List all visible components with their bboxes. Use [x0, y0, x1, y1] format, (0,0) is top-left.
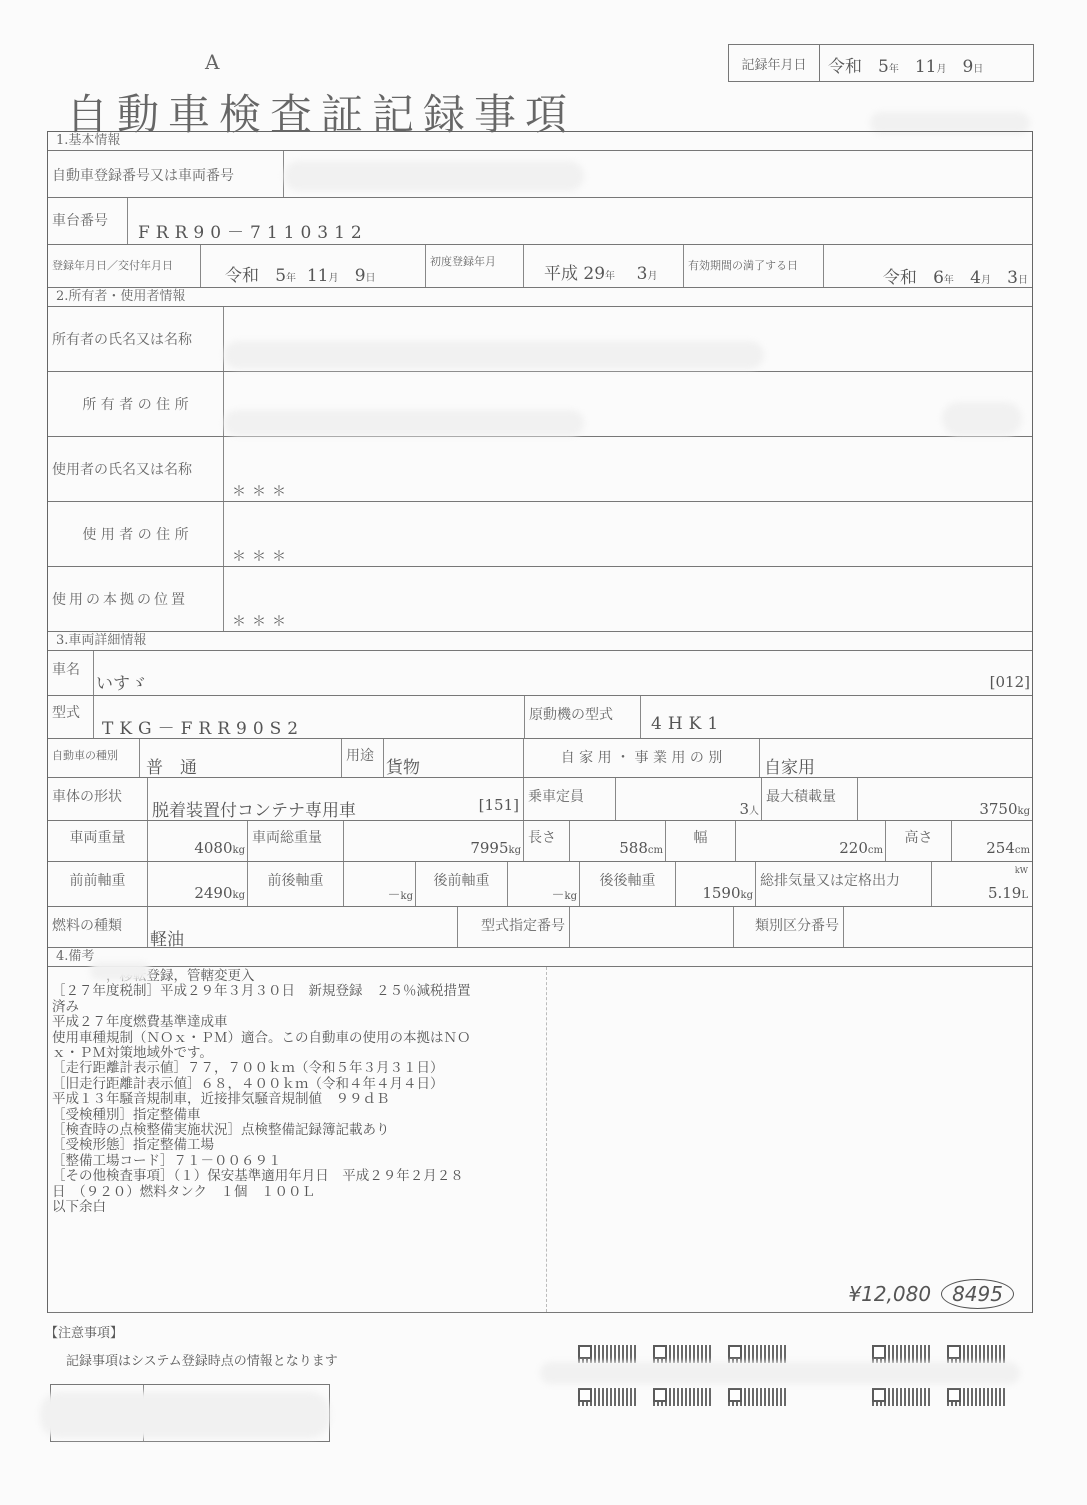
year: 29 [583, 264, 605, 284]
row-owner-address: 所 有 者 の 住 所 [48, 372, 1032, 437]
model-label: 型式 [48, 696, 94, 738]
qr-code-icon [578, 1345, 636, 1363]
unit: 人 [749, 806, 759, 817]
car-name-label: 車名 [48, 651, 94, 695]
length-value: 588 [619, 839, 648, 857]
first-reg-cell: 平成 29年 3月 [524, 245, 684, 287]
unit: cm [1015, 845, 1030, 856]
max-load-value: 3750 [979, 800, 1017, 818]
unit: L [1021, 890, 1028, 901]
vehicle-type-cell: 普 通 [140, 739, 342, 777]
ff-axle-label: 前前軸重 [48, 862, 148, 906]
redaction [224, 410, 584, 436]
user-address-value: ＊＊＊ [232, 546, 292, 566]
vehicle-weight-cell: 4080kg [148, 821, 248, 861]
row-chassis: 車台番号 FRR90－7110312 [48, 198, 1032, 245]
redaction [284, 161, 584, 191]
rr-axle-cell: 1590kg [676, 862, 756, 906]
era: 令和 [883, 268, 917, 288]
model-value: TKG－FRR90S2 [102, 714, 304, 739]
usage-cell: 貨物 [384, 739, 524, 777]
base-location-value: ＊＊＊ [232, 611, 292, 631]
section-owner-heading: 2.所有者・使用者情報 [48, 288, 1032, 307]
section-vehicle-heading: 3.車両詳細情報 [48, 632, 1032, 651]
height-label: 高さ [886, 821, 952, 861]
month: 11 [307, 266, 329, 286]
type-designation-value [570, 907, 734, 947]
width-cell: 220cm [736, 821, 886, 861]
user-address-cell: ＊＊＊ [224, 502, 1032, 566]
fr-axle-label: 前後軸重 [248, 862, 344, 906]
qr-code-icon [872, 1345, 930, 1363]
handwritten-circled-number: 8495 [941, 1279, 1014, 1309]
fuel-label: 燃料の種類 [48, 907, 148, 947]
remarks-line: 以下余白 [52, 1200, 542, 1215]
body-shape-code: [151] [479, 796, 519, 814]
max-load-label: 最大積載量 [762, 778, 858, 820]
width-label: 幅 [666, 821, 736, 861]
user-name-cell: ＊＊＊ [224, 437, 1032, 501]
engine-model-value: 4HK1 [651, 714, 724, 734]
reg-date-cell: 令和 5年 11月 9日 [201, 245, 426, 287]
record-date-value: 令和 5年 11月 9日 [820, 45, 1033, 81]
base-location-label: 使用の本拠の位置 [48, 567, 224, 631]
month: 3 [637, 264, 648, 284]
record-form: 1.基本情報 自動車登録番号又は車両番号 車台番号 FRR90－7110312 … [47, 131, 1033, 1313]
rr-axle-label: 後後軸重 [580, 862, 676, 906]
first-reg-label: 初度登録年月 [426, 245, 524, 287]
remarks-line: ［走行距離計表示値］７７，７００ｋｍ（令和５年３月３１日） [52, 1061, 542, 1076]
section-remarks-heading: 4.備考 [48, 948, 1032, 967]
row-user-address: 使 用 者 の 住 所 ＊＊＊ [48, 502, 1032, 567]
qr-code-icon [653, 1388, 711, 1406]
row-user-name: 使用者の氏名又は名称 ＊＊＊ [48, 437, 1032, 502]
reg-date-label: 登録年月日／交付年月日 [48, 245, 201, 287]
owner-name-label: 所有者の氏名又は名称 [48, 307, 224, 371]
unit: kg [741, 890, 753, 901]
max-load-cell: 3750kg [858, 778, 1032, 820]
unit: 年 [286, 273, 296, 284]
displacement-label: 総排気量又は定格出力 [756, 862, 932, 906]
row-axle-weights: 前前軸重 2490kg 前後軸重 －kg 後前軸重 －kg 後後軸重 1590k… [48, 862, 1032, 907]
fuel-value: 軽油 [150, 925, 184, 950]
chassis-cell: FRR90－7110312 [128, 198, 1032, 244]
car-name-value: いすゞ [96, 669, 147, 694]
usage-value: 貨物 [386, 753, 420, 778]
owner-address-value [224, 372, 1032, 436]
remarks-line: ［受検形態］指定整備工場 [52, 1138, 542, 1153]
remarks-line: 済み [52, 1000, 542, 1015]
redaction [942, 402, 1022, 436]
unit: 月 [648, 271, 658, 282]
rr-axle-value: 1590 [702, 884, 740, 902]
expiry-label: 有効期間の満了する日 [684, 245, 824, 287]
unit: cm [868, 845, 883, 856]
rf-axle-label: 後前軸重 [416, 862, 508, 906]
gross-weight-cell: 7995kg [344, 821, 524, 861]
reg-number-label: 自動車登録番号又は車両番号 [48, 151, 284, 197]
width-value: 220 [839, 839, 868, 857]
engine-model-label: 原動機の型式 [525, 696, 641, 738]
caution-text: 記録事項はシステム登録時点の情報となります [66, 1350, 338, 1369]
capacity-label: 乗車定員 [524, 778, 616, 820]
qr-code-icon [728, 1345, 786, 1363]
unit: kg [401, 891, 413, 902]
height-cell: 254cm [952, 821, 1032, 861]
capacity-value: 3 [739, 800, 749, 818]
year: 5 [275, 266, 286, 286]
section-basic-heading: 1.基本情報 [48, 132, 1032, 151]
base-location-cell: ＊＊＊ [224, 567, 1032, 631]
row-reg-number: 自動車登録番号又は車両番号 [48, 151, 1032, 198]
remarks-area: ，移転登録，管轄変更入［２７年度税制］平成２９年３月３０日 新規登録 ２５％減税… [48, 967, 1032, 1313]
row-car-name: 車名 いすゞ [012] [48, 651, 1032, 696]
unit: kg [565, 891, 577, 902]
private-business-cell: 自家用 [760, 739, 1032, 777]
gross-weight-label: 車両総重量 [248, 821, 344, 861]
height-value: 254 [986, 839, 1015, 857]
row-body-shape: 車体の形状 脱着装置付コンテナ専用車 [151] 乗車定員 3人 最大積載量 3… [48, 778, 1032, 821]
qr-code-icon [872, 1388, 930, 1406]
user-address-label: 使 用 者 の 住 所 [48, 502, 224, 566]
unit: 月 [936, 64, 946, 75]
era: 平成 [544, 264, 578, 284]
caution-heading: 【注意事項】 [45, 1322, 123, 1341]
remarks-line: ［整備工場コード］７１－００６９１ [52, 1154, 542, 1169]
era: 令和 [828, 52, 862, 77]
day: 9 [962, 57, 973, 77]
displacement-cell: kW 5.19L [932, 862, 1032, 906]
redaction [90, 962, 150, 980]
handwritten-price: ¥12,080 [848, 1282, 931, 1306]
unit: kg [233, 845, 245, 856]
car-name-cell: いすゞ [012] [94, 651, 1032, 695]
gross-weight-value: 7995 [470, 839, 508, 857]
redaction [540, 1362, 1020, 1384]
row-weights-dimensions: 車両重量 4080kg 車両総重量 7995kg 長さ 588cm 幅 220c… [48, 821, 1032, 862]
rf-axle-value: － [552, 888, 565, 903]
ff-axle-cell: 2490kg [148, 862, 248, 906]
fr-axle-cell: －kg [344, 862, 416, 906]
expiry-cell: 令和 6年 4月 3日 [824, 245, 1032, 287]
displacement-value: 5.19 [988, 884, 1021, 902]
capacity-cell: 3人 [616, 778, 762, 820]
remarks-line: ［２７年度税制］平成２９年３月３０日 新規登録 ２５％減税措置 [52, 984, 542, 999]
row-dates: 登録年月日／交付年月日 令和 5年 11月 9日 初度登録年月 平成 29年 3… [48, 245, 1032, 288]
qr-code-icon [947, 1388, 1005, 1406]
qr-code-icon [578, 1388, 636, 1406]
remarks-right: ¥12,0808495 [547, 967, 1032, 1312]
private-business-label: 自 家 用 ・ 事 業 用 の 別 [524, 739, 760, 777]
redaction [224, 341, 764, 369]
owner-address-label: 所 有 者 の 住 所 [48, 372, 224, 436]
rf-axle-cell: －kg [508, 862, 580, 906]
model-cell: TKG－FRR90S2 [94, 696, 525, 738]
car-name-code: [012] [990, 673, 1030, 691]
month: 4 [970, 268, 981, 288]
row-type-usage: 自動車の種別 普 通 用途 貨物 自 家 用 ・ 事 業 用 の 別 自家用 [48, 739, 1032, 778]
vehicle-weight-value: 4080 [194, 839, 232, 857]
row-model: 型式 TKG－FRR90S2 原動機の型式 4HK1 [48, 696, 1032, 739]
body-shape-cell: 脱着装置付コンテナ専用車 [151] [148, 778, 524, 820]
chassis-label: 車台番号 [48, 198, 128, 244]
remarks-text: ，移転登録，管轄変更入［２７年度税制］平成２９年３月３０日 新規登録 ２５％減税… [48, 967, 547, 1312]
fuel-cell: 軽油 [148, 907, 458, 947]
length-label: 長さ [524, 821, 570, 861]
remarks-line: 日 （９２０）燃料タンク １個 １００Ｌ [52, 1185, 542, 1200]
remarks-line: 平成２７年度燃費基準達成車 [52, 1015, 542, 1030]
unit: kg [509, 845, 521, 856]
row-owner-name: 所有者の氏名又は名称 [48, 307, 1032, 372]
form-mark: A [205, 50, 219, 74]
remarks-line: ［その他検査事項］（１）保安基準適用年月日 平成２９年２月２８ [52, 1169, 542, 1184]
unit: 月 [981, 275, 991, 286]
chassis-number: FRR90－7110312 [138, 218, 368, 243]
remarks-line: ［旧走行距離計表示値］６８，４００ｋｍ（令和４年４月４日） [52, 1077, 542, 1092]
user-name-value: ＊＊＊ [232, 481, 292, 501]
length-cell: 588cm [570, 821, 666, 861]
day: 9 [355, 266, 366, 286]
type-designation-label: 型式指定番号 [458, 907, 570, 947]
unit: 年 [605, 271, 615, 282]
unit: 年 [944, 275, 954, 286]
unit: 日 [1018, 275, 1028, 286]
body-shape-value: 脱着装置付コンテナ専用車 [152, 796, 356, 821]
qr-code-icon [947, 1345, 1005, 1363]
remarks-line: ［受検種別］指定整備車 [52, 1108, 542, 1123]
body-shape-label: 車体の形状 [48, 778, 148, 820]
private-business-value: 自家用 [764, 753, 815, 778]
row-fuel: 燃料の種類 軽油 型式指定番号 類別区分番号 [48, 907, 1032, 948]
unit: cm [648, 845, 663, 856]
row-base-location: 使用の本拠の位置 ＊＊＊ [48, 567, 1032, 632]
unit: 月 [329, 273, 339, 284]
qr-code-icon [653, 1345, 711, 1363]
fr-axle-value: － [388, 888, 401, 903]
usage-label: 用途 [342, 739, 384, 777]
record-date-box: 記録年月日 令和 5年 11月 9日 [728, 44, 1034, 82]
unit-kw: kW [1015, 866, 1028, 875]
vehicle-weight-label: 車両重量 [48, 821, 148, 861]
vehicle-type-label: 自動車の種別 [48, 739, 140, 777]
unit: kg [1018, 806, 1030, 817]
qr-code-icon [728, 1388, 786, 1406]
engine-model-cell: 4HK1 [641, 696, 1032, 738]
unit: 日 [366, 273, 376, 284]
category-value [844, 907, 1032, 947]
vehicle-type-value: 普 通 [146, 753, 197, 778]
day: 3 [1007, 268, 1018, 288]
remarks-line: 平成１３年騒音規制車，近接排気騒音規制値 ９９ｄＢ [52, 1092, 542, 1107]
user-name-label: 使用者の氏名又は名称 [48, 437, 224, 501]
reg-number-value [284, 151, 1032, 197]
era: 令和 [225, 266, 259, 286]
year: 5 [878, 57, 889, 77]
month: 11 [915, 57, 937, 77]
remarks-line: 使用車種規制（ＮＯｘ・ＰＭ）適合。この自動車の使用の本拠はＮＯ [52, 1031, 542, 1046]
redaction [40, 1392, 330, 1438]
year: 6 [933, 268, 944, 288]
record-date-label: 記録年月日 [729, 45, 820, 81]
ff-axle-value: 2490 [194, 884, 232, 902]
owner-name-value [224, 307, 1032, 371]
unit: kg [233, 890, 245, 901]
handwritten-note: ¥12,0808495 [848, 1282, 1014, 1306]
unit: 年 [889, 64, 899, 75]
unit: 日 [973, 64, 983, 75]
category-label: 類別区分番号 [734, 907, 844, 947]
